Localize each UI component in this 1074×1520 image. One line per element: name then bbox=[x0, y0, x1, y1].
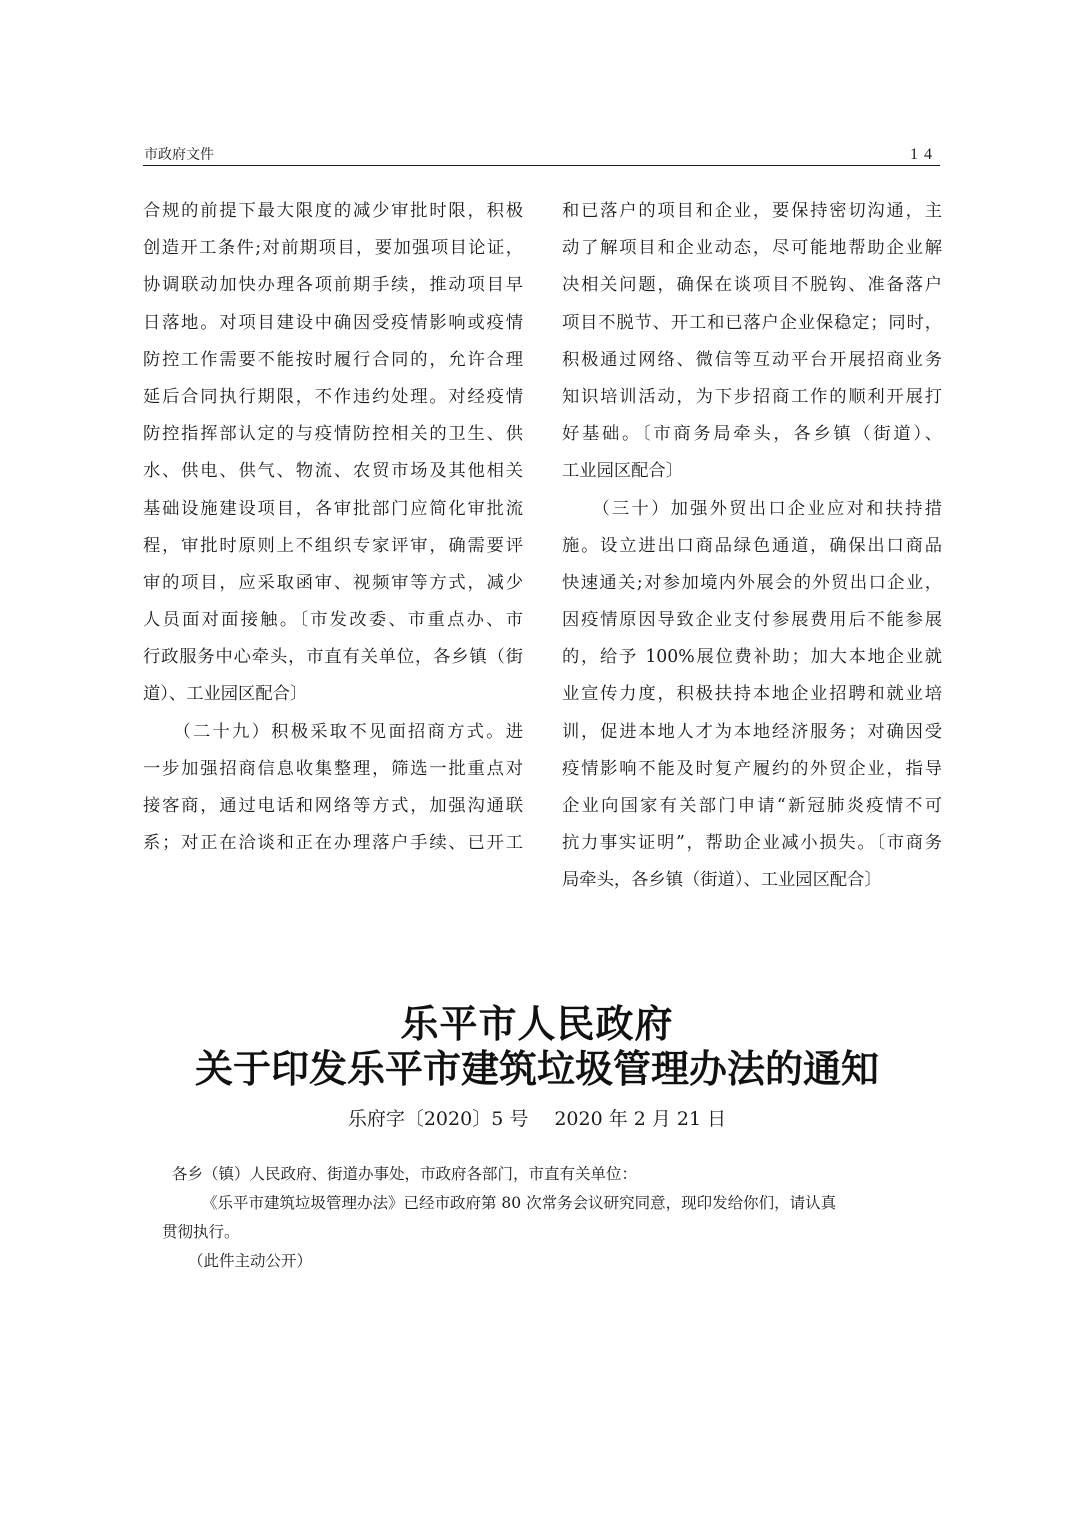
text-line: 道）、工业园区配合〕 bbox=[143, 676, 523, 713]
text-line: 的，给予 100%展位费补助；加大本地企业就 bbox=[562, 639, 942, 676]
text-line: 延后合同执行期限，不作违约处理。对经疫情 bbox=[143, 379, 523, 416]
page-number: 14 bbox=[910, 146, 938, 164]
notice-body: 各乡（镇）人民政府、街道办事处，市政府各部门，市直有关单位： 《乐平市建筑垃圾管… bbox=[172, 1160, 972, 1276]
document-date: 2020 年 2 月 21 日 bbox=[554, 1108, 726, 1130]
text-line: 项目不脱节、开工和已落户企业保稳定；同时， bbox=[562, 305, 942, 342]
right-column: 和已落户的项目和企业，要保持密切沟通，主 动了解项目和企业动态，尽可能地帮助企业… bbox=[562, 193, 942, 900]
text-line: 动了解项目和企业动态，尽可能地帮助企业解 bbox=[562, 230, 942, 267]
text-line: 知识培训活动，为下步招商工作的顺利开展打 bbox=[562, 379, 942, 416]
text-line: 行政服务中心牵头，市直有关单位，各乡镇（街 bbox=[143, 639, 523, 676]
text-line: 人员面对面接触。〔市发改委、市重点办、市 bbox=[143, 602, 523, 639]
text-line: 施。设立进出口商品绿色通道，确保出口商品 bbox=[562, 528, 942, 565]
document-number-line: 乐府字〔2020〕5 号2020 年 2 月 21 日 bbox=[0, 1106, 1074, 1132]
text-line: 接客商，通过电话和网络等方式，加强沟通联 bbox=[143, 788, 523, 825]
text-line: 决相关问题，确保在谈项目不脱钩、准备落户 bbox=[562, 267, 942, 304]
notice-body-text: 《乐平市建筑垃圾管理办法》已经市政府第 80 次常务会议研究同意，现印发给你们，… bbox=[172, 1189, 972, 1218]
notice-body-text-continued: 贯彻执行。 bbox=[162, 1218, 972, 1247]
running-header: 市政府文件 14 bbox=[143, 146, 940, 166]
text-line: 协调联动加快办理各项前期手续，推动项目早 bbox=[143, 267, 523, 304]
text-line: 系；对正在洽谈和正在办理落户手续、已开工 bbox=[143, 825, 523, 862]
document-number: 乐府字〔2020〕5 号 bbox=[348, 1108, 528, 1130]
text-line: 好基础。〔市商务局牵头，各乡镇（街道）、 bbox=[562, 416, 942, 453]
text-line: 创造开工条件;对前期项目，要加强项目论证， bbox=[143, 230, 523, 267]
salutation: 各乡（镇）人民政府、街道办事处，市政府各部门，市直有关单位： bbox=[172, 1160, 972, 1189]
text-line: 积极通过网络、微信等互动平台开展招商业务 bbox=[562, 342, 942, 379]
section-heading-line: （三十）加强外贸出口企业应对和扶持措 bbox=[562, 491, 942, 528]
text-line: 业宣传力度，积极扶持本地企业招聘和就业培 bbox=[562, 676, 942, 713]
text-line: 审的项目，应采取函审、视频审等方式，减少 bbox=[143, 565, 523, 602]
text-line: 合规的前提下最大限度的减少审批时限，积极 bbox=[143, 193, 523, 230]
text-line: 一步加强招商信息收集整理，筛选一批重点对 bbox=[143, 751, 523, 788]
text-line: 工业园区配合〕 bbox=[562, 453, 942, 490]
text-line: 抗力事实证明”，帮助企业减小损失。〔市商务 bbox=[562, 825, 942, 862]
public-disclosure-note: （此件主动公开） bbox=[172, 1247, 972, 1276]
text-line: 因疫情原因导致企业支付参展费用后不能参展 bbox=[562, 602, 942, 639]
text-line: 基础设施建设项目，各审批部门应简化审批流 bbox=[143, 491, 523, 528]
text-line: 水、供电、供气、物流、农贸市场及其他相关 bbox=[143, 453, 523, 490]
notice-title-issuer: 乐平市人民政府 bbox=[0, 1000, 1074, 1048]
text-line: 防控指挥部认定的与疫情防控相关的卫生、供 bbox=[143, 416, 523, 453]
section-heading-line: （二十九）积极采取不见面招商方式。进 bbox=[143, 714, 523, 751]
text-line: 局牵头，各乡镇（街道）、工业园区配合〕 bbox=[562, 862, 942, 899]
header-title: 市政府文件 bbox=[144, 146, 214, 164]
text-line: 防控工作需要不能按时履行合同的，允许合理 bbox=[143, 342, 523, 379]
text-line: 疫情影响不能及时复产履约的外贸企业，指导 bbox=[562, 751, 942, 788]
text-line: 企业向国家有关部门申请“新冠肺炎疫情不可 bbox=[562, 788, 942, 825]
text-line: 和已落户的项目和企业，要保持密切沟通，主 bbox=[562, 193, 942, 230]
notice-title-subject: 关于印发乐平市建筑垃圾管理办法的通知 bbox=[0, 1045, 1074, 1093]
text-line: 日落地。对项目建设中确因受疫情影响或疫情 bbox=[143, 305, 523, 342]
text-line: 快速通关;对参加境内外展会的外贸出口企业， bbox=[562, 565, 942, 602]
text-line: 程，审批时原则上不组织专家评审，确需要评 bbox=[143, 528, 523, 565]
left-column: 合规的前提下最大限度的减少审批时限，积极 创造开工条件;对前期项目，要加强项目论… bbox=[143, 193, 523, 862]
text-line: 训，促进本地人才为本地经济服务；对确因受 bbox=[562, 714, 942, 751]
